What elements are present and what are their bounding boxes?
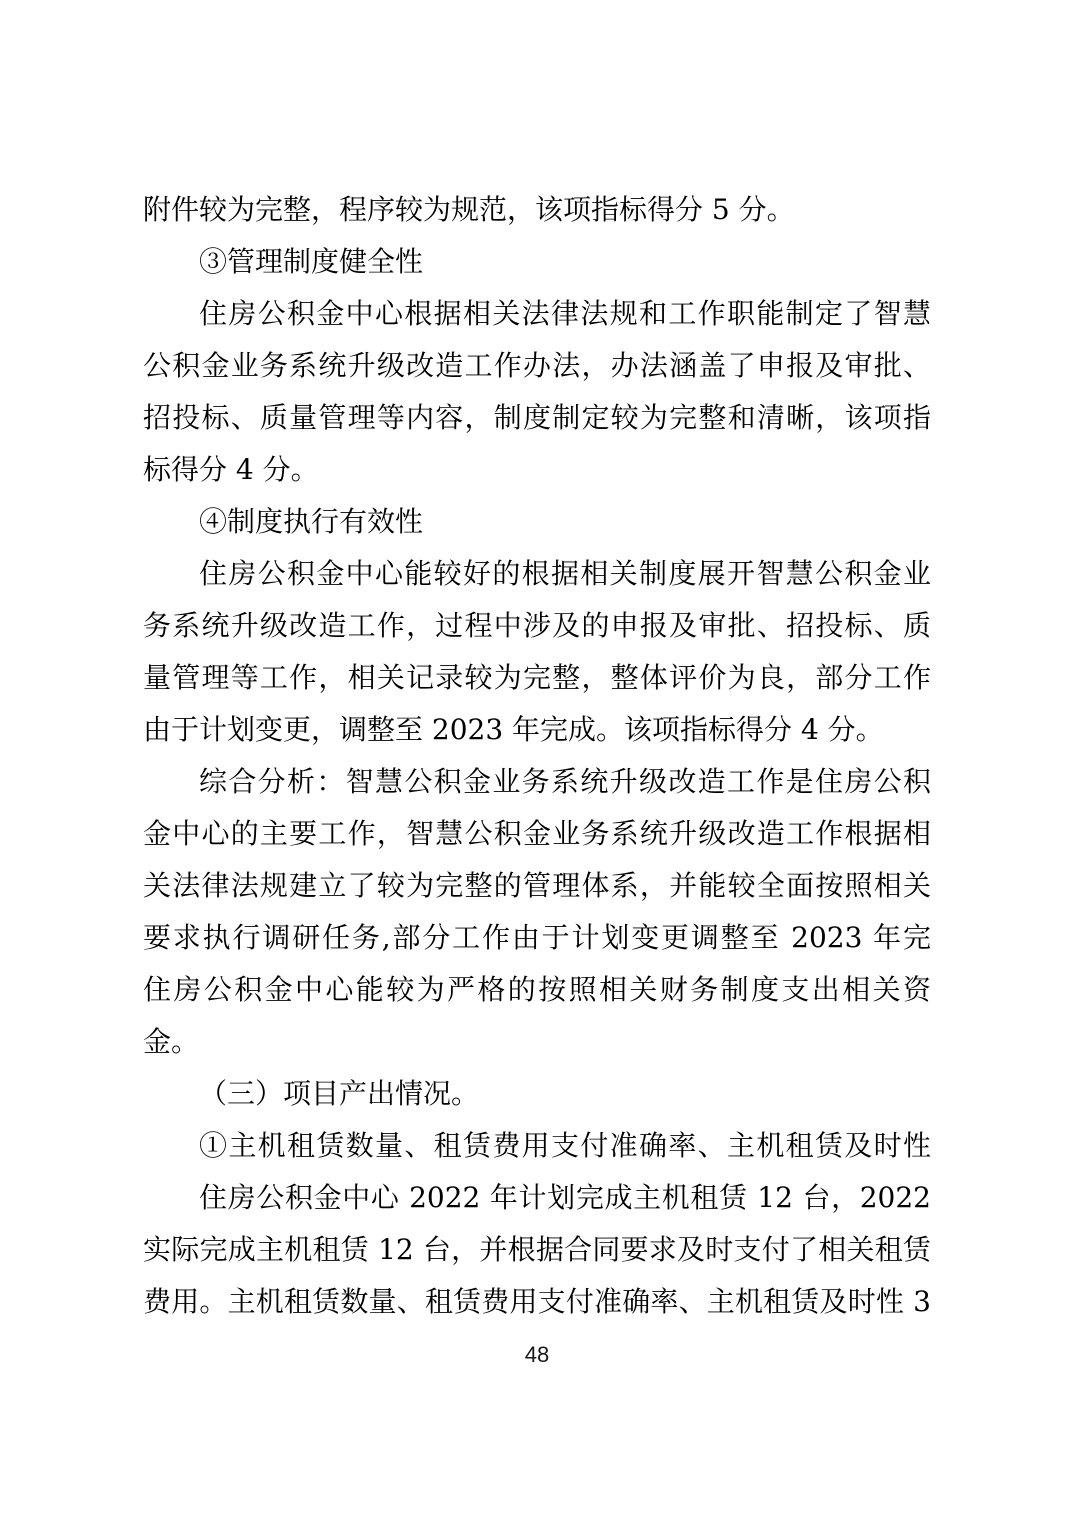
text-line: 关法律法规建立了较为完整的管理体系，并能较全面按照相关 [143,860,931,912]
text-line: 实际完成主机租赁 12 台，并根据合同要求及时支付了相关租赁 [143,1224,931,1276]
text-line: 由于计划变更，调整至 2023 年完成。该项指标得分 4 分。 [143,704,931,756]
document-body: 附件较为完整，程序较为规范，该项指标得分 5 分。 ③管理制度健全性 住房公积金… [143,184,931,1328]
text-line: 住房公积金中心能较为严格的按照相关财务制度支出相关资 [143,964,931,1016]
text-line: 量管理等工作，相关记录较为完整，整体评价为良，部分工作 [143,652,931,704]
text-line: 住房公积金中心 2022 年计划完成主机租赁 12 台，2022 年 [143,1172,931,1224]
subheading-3: ③管理制度健全性 [143,236,931,288]
section-heading: （三）项目产出情况。 [143,1068,931,1120]
text-line: 综合分析：智慧公积金业务系统升级改造工作是住房公积 [143,756,931,808]
text-line: 住房公积金中心根据相关法律法规和工作职能制定了智慧 [143,288,931,340]
text-line: 住房公积金中心能较好的根据相关制度展开智慧公积金业 [143,548,931,600]
text-line: 招投标、质量管理等内容，制度制定较为完整和清晰，该项指 [143,392,931,444]
text-line: 标得分 4 分。 [143,444,931,496]
text-line: 费用。主机租赁数量、租赁费用支付准确率、主机租赁及时性 3 [143,1276,931,1328]
text-line: 金。 [143,1016,931,1068]
document-page: 附件较为完整，程序较为规范，该项指标得分 5 分。 ③管理制度健全性 住房公积金… [0,0,1074,1520]
text-line: 务系统升级改造工作，过程中涉及的申报及审批、招投标、质 [143,600,931,652]
text-line: 附件较为完整，程序较为规范，该项指标得分 5 分。 [143,184,931,236]
text-line: 公积金业务系统升级改造工作办法，办法涵盖了申报及审批、 [143,340,931,392]
text-line: 要求执行调研任务,部分工作由于计划变更调整至 2023 年完成； [143,912,931,964]
page-number: 48 [0,1342,1074,1368]
subheading-4: ④制度执行有效性 [143,496,931,548]
subheading-1: ①主机租赁数量、租赁费用支付准确率、主机租赁及时性 [143,1120,931,1172]
text-line: 金中心的主要工作，智慧公积金业务系统升级改造工作根据相 [143,808,931,860]
